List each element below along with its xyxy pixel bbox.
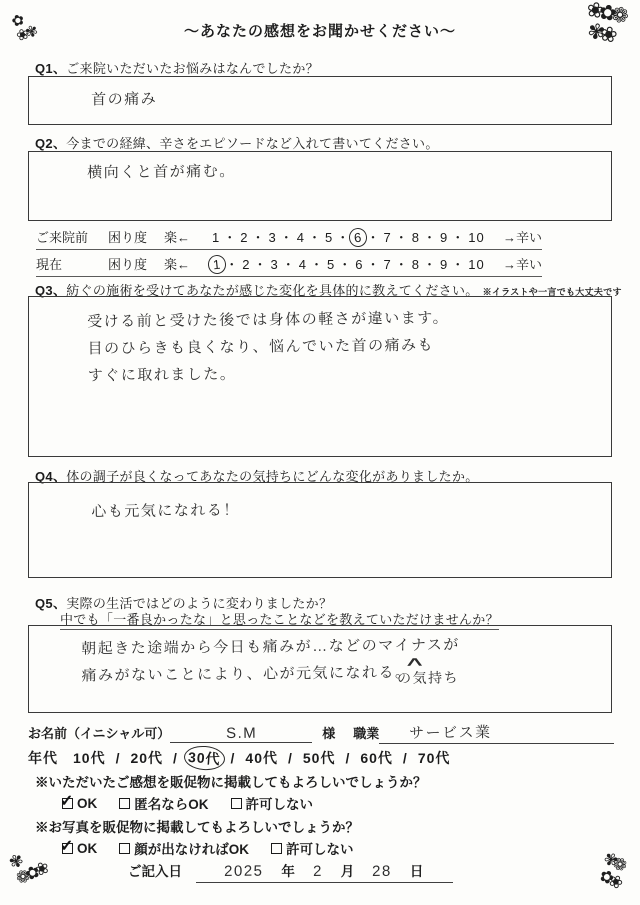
age-option: 20代 bbox=[129, 748, 164, 768]
age-option: 10代 bbox=[72, 748, 107, 768]
age-option: 40代 bbox=[244, 748, 279, 768]
year-unit: 年 bbox=[281, 860, 295, 880]
date-row: ご記入日 2025 年 2 月 28 日 bbox=[128, 860, 453, 883]
scale-left-anchor: 楽← bbox=[164, 254, 210, 273]
name-field: S.M bbox=[170, 725, 312, 743]
scale-dot-separator: ・ bbox=[225, 257, 239, 272]
age-options: 10代/20代/30代/40代/50代/60代/70代 bbox=[72, 750, 451, 766]
scale-dot-separator: ・ bbox=[423, 230, 437, 245]
scale-number: 8 bbox=[410, 230, 422, 245]
scale-row-current: 現在 困り度 楽← 1・2・3・4・5・6・7・8・9・10 →辛い bbox=[36, 254, 542, 277]
scale-dot-separator: ・ bbox=[280, 230, 294, 245]
consent-option-label: OK bbox=[77, 796, 97, 811]
job-label: 職業 bbox=[353, 723, 379, 742]
handwritten-insertion: の気持ち bbox=[397, 667, 459, 688]
consent-options-feedback: OK 匿名ならOK 許可しない bbox=[62, 793, 313, 813]
scale-dot-separator: ・ bbox=[451, 230, 465, 245]
month-unit: 月 bbox=[341, 860, 355, 880]
age-separator: / bbox=[231, 750, 236, 766]
scale-number: 5 bbox=[325, 257, 337, 272]
scale-dot-separator: ・ bbox=[223, 230, 237, 245]
date-label: ご記入日 bbox=[128, 860, 182, 880]
handwritten-job: サービス業 bbox=[409, 721, 492, 743]
scale-dot-separator: ・ bbox=[310, 257, 324, 272]
scale-dot-separator: ・ bbox=[451, 257, 465, 272]
consent-option-label: 匿名ならOK bbox=[134, 793, 208, 813]
age-option: 70代 bbox=[417, 748, 452, 768]
scale-dot-separator: ・ bbox=[253, 257, 267, 272]
handwritten-line: すぐに取れました。 bbox=[88, 357, 612, 389]
scale-dot-separator: ・ bbox=[308, 230, 322, 245]
scale-number: 8 bbox=[410, 257, 422, 272]
consent-question-photo: ※お写真を販促物に掲載してもよろしいでしょうか？ bbox=[35, 816, 359, 836]
consent-option: 許可しない bbox=[231, 793, 314, 813]
scale-dot-separator: ・ bbox=[395, 257, 409, 272]
handwritten-answer: 受ける前と受けた後では身体の軽さが違います。 目のひらきも良くなり、悩んでいた首… bbox=[29, 291, 612, 390]
scale-dot-separator: ・ bbox=[366, 230, 380, 245]
floral-ornament-icon bbox=[592, 849, 630, 891]
age-separator: / bbox=[173, 750, 178, 766]
handwritten-name: S.M bbox=[226, 725, 257, 742]
handwritten-answer: 横向くと首が痛む。 bbox=[29, 146, 611, 183]
scale-row-label: 現在 bbox=[36, 254, 108, 273]
scale-number: 4 bbox=[297, 257, 309, 272]
scale-left-anchor: 楽← bbox=[164, 227, 210, 246]
pain-scale-numbers: 1・2・3・4・5・6・7・8・9・10 bbox=[210, 254, 497, 273]
age-label: 年代 bbox=[28, 750, 58, 766]
handwritten-month: 2 bbox=[313, 863, 323, 880]
floral-ornament-icon bbox=[6, 844, 48, 888]
answer-box-q3: 受ける前と受けた後では身体の軽さが違います。 目のひらきも良くなり、悩んでいた首… bbox=[28, 296, 612, 457]
scale-dot-separator: ・ bbox=[282, 257, 296, 272]
answer-box-q5: 朝起きた途端から今日も痛みが…などのマイナスが 痛みがないことにより、心が元気に… bbox=[28, 625, 612, 713]
scale-dot-separator: ・ bbox=[423, 257, 437, 272]
handwritten-answer: 首の痛み bbox=[29, 71, 611, 110]
feedback-form-scan: 〜あなたの感想をお聞かせください〜 Q1、ご来院いただいたお悩みはなんでしたか？… bbox=[0, 0, 640, 905]
name-row: お名前（イニシャル可） S.M 様 職業 サービス業 bbox=[28, 722, 614, 744]
checkbox-icon bbox=[271, 843, 282, 854]
scale-right-anchor: →辛い bbox=[503, 254, 542, 273]
answer-box-q2: 横向くと首が痛む。 bbox=[28, 151, 612, 221]
handwritten-answer: 朝起きた途端から今日も痛みが…などのマイナスが 痛みがないことにより、心が元気に… bbox=[29, 620, 612, 690]
date-field: 2025 年 2 月 28 日 bbox=[196, 860, 453, 883]
scale-number: 7 bbox=[382, 257, 394, 272]
form-title: 〜あなたの感想をお聞かせください〜 bbox=[0, 20, 640, 41]
handwritten-line: 痛みがないことにより、心が元気になれる。 bbox=[81, 657, 611, 690]
scale-number: 5 bbox=[323, 230, 335, 245]
scale-right-anchor: →辛い bbox=[503, 227, 542, 246]
age-separator: / bbox=[288, 750, 293, 766]
scale-row-before-visit: ご来院前 困り度 楽← 1・2・3・4・5・6・7・8・9・10 →辛い bbox=[36, 227, 542, 250]
age-separator: / bbox=[116, 750, 121, 766]
checkbox-icon bbox=[231, 798, 242, 809]
consent-option: 許可しない bbox=[271, 838, 354, 858]
consent-option: 顔が出なければOK bbox=[119, 838, 249, 858]
consent-question-feedback: ※いただいたご感想を販促物に掲載してもよろしいでしょうか？ bbox=[35, 771, 427, 791]
handwritten-answer: 心も元気になれる！ bbox=[29, 477, 611, 522]
scale-dot-separator: ・ bbox=[251, 230, 265, 245]
name-label: お名前（イニシャル可） bbox=[28, 723, 170, 742]
age-row: 年代10代/20代/30代/40代/50代/60代/70代 bbox=[28, 748, 451, 768]
consent-option-label: 許可しない bbox=[286, 838, 354, 858]
scale-number: 3 bbox=[267, 230, 279, 245]
scale-number: 9 bbox=[438, 230, 450, 245]
scale-number: 1 bbox=[210, 230, 222, 245]
age-separator: / bbox=[345, 750, 350, 766]
answer-box-q1: 首の痛み bbox=[28, 76, 612, 125]
consent-option-label: OK bbox=[77, 841, 97, 856]
age-separator: / bbox=[403, 750, 408, 766]
consent-option: OK bbox=[62, 838, 97, 858]
scale-number: 10 bbox=[466, 230, 486, 245]
scale-number: 2 bbox=[238, 230, 250, 245]
scale-number: 2 bbox=[240, 257, 252, 272]
age-option: 60代 bbox=[359, 748, 394, 768]
handwritten-year: 2025 bbox=[224, 863, 264, 880]
age-option: 50代 bbox=[302, 748, 337, 768]
day-unit: 日 bbox=[410, 860, 424, 880]
scale-number: 7 bbox=[382, 230, 394, 245]
scale-row-label: ご来院前 bbox=[36, 227, 108, 246]
scale-number: 9 bbox=[438, 257, 450, 272]
scale-number: 6 bbox=[353, 257, 365, 272]
handwritten-day: 28 bbox=[372, 863, 392, 880]
consent-option: 匿名ならOK bbox=[119, 793, 208, 813]
scale-number: 10 bbox=[466, 257, 486, 272]
checkbox-icon bbox=[62, 843, 73, 854]
question-number: Q2、 bbox=[35, 136, 66, 151]
honorific-label: 様 bbox=[322, 723, 335, 742]
job-field: サービス業 bbox=[379, 722, 614, 744]
answer-box-q4: 心も元気になれる！ bbox=[28, 482, 612, 578]
consent-option-label: 顔が出なければOK bbox=[134, 838, 249, 858]
consent-option-label: 許可しない bbox=[246, 793, 314, 813]
checkbox-icon bbox=[62, 798, 73, 809]
scale-dot-separator: ・ bbox=[366, 257, 380, 272]
scale-number: 4 bbox=[295, 230, 307, 245]
scale-number: 3 bbox=[269, 257, 281, 272]
scale-dot-separator: ・ bbox=[338, 257, 352, 272]
scale-dot-separator: ・ bbox=[395, 230, 409, 245]
consent-options-photo: OK 顔が出なければOK 許可しない bbox=[62, 838, 354, 858]
checkbox-icon bbox=[119, 843, 130, 854]
pain-scale-numbers: 1・2・3・4・5・6・7・8・9・10 bbox=[210, 227, 497, 246]
scale-metric-label: 困り度 bbox=[108, 254, 164, 273]
consent-option: OK bbox=[62, 793, 97, 813]
scale-metric-label: 困り度 bbox=[108, 227, 164, 246]
checkbox-icon bbox=[119, 798, 130, 809]
question-number: Q1、 bbox=[35, 61, 66, 76]
age-option-selected: 30代 bbox=[183, 745, 225, 772]
